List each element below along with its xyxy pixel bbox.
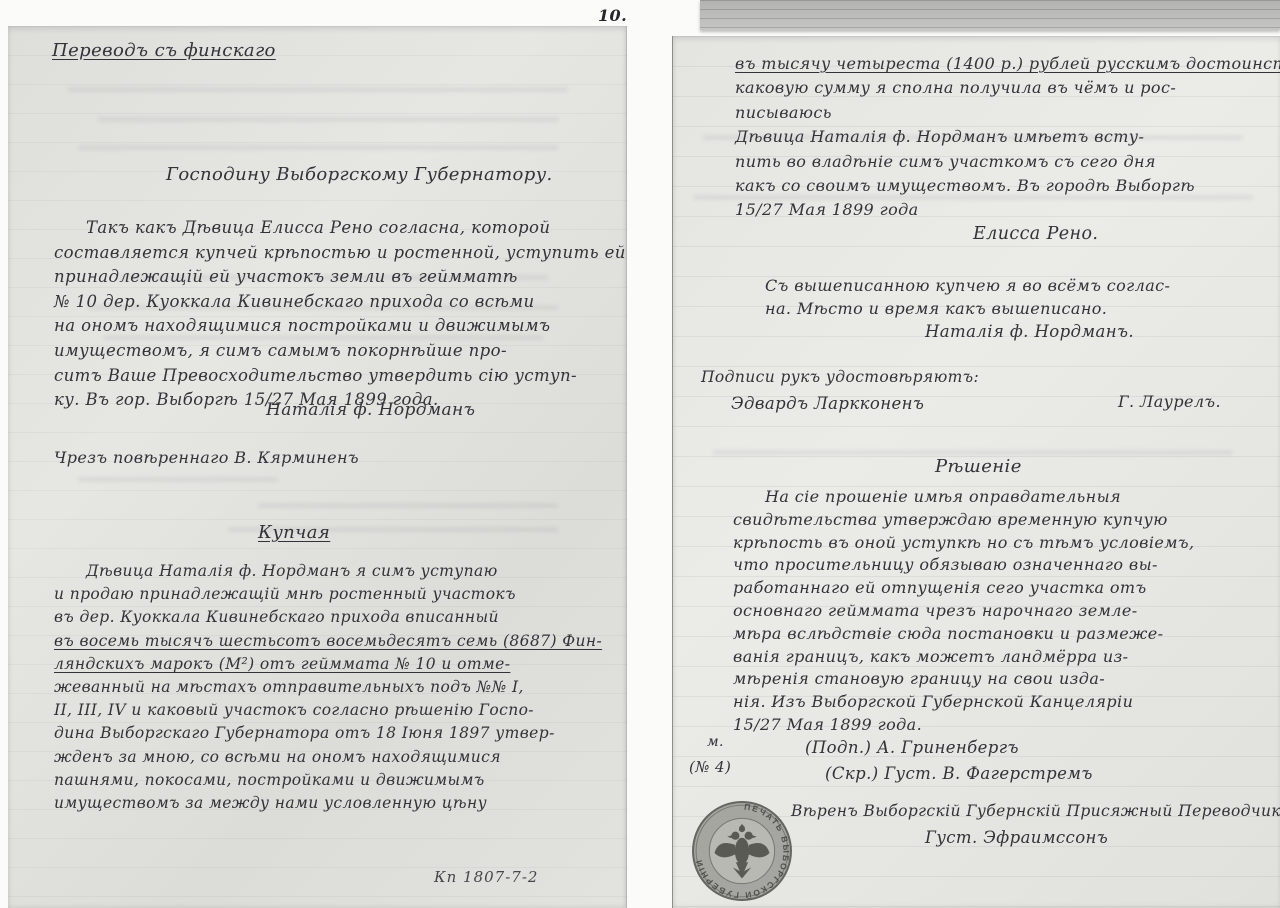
margin-note-m: м.	[707, 734, 724, 750]
bleedthrough-line	[68, 88, 568, 91]
manuscript-line: что просительницу обязываю означеннаго в…	[733, 554, 1238, 577]
manuscript-line: дина Выборгскаго Губернатора отъ 18 Іюня…	[54, 722, 602, 745]
manuscript-line: въ тысячу четыреста (1400 р.) рублей рус…	[735, 52, 1255, 76]
bleedthrough-line	[78, 146, 558, 149]
petition-paragraph: Такъ какъ Дѣвица Елисса Рено согласна, к…	[54, 216, 599, 413]
manuscript-line: пить во владѣніе симъ участкомъ съ сего …	[735, 150, 1255, 174]
manuscript-line: жеванный на мѣстахъ отправительныхъ подъ…	[54, 676, 602, 699]
signature-nordman-2: Наталія ф. Нордманъ.	[925, 322, 1134, 341]
manuscript-line: на. Мѣсто и время какъ вышеписано.	[765, 297, 1245, 320]
manuscript-line: ляндскихъ марокъ (М²) отъ гейммата № 10 …	[54, 653, 602, 676]
manuscript-line: имуществомъ за между нами условленную цѣ…	[54, 792, 602, 815]
official-signature-2: (Скр.) Густ. В. Фагерстремъ	[825, 764, 1093, 783]
deed-heading: Купчая	[258, 522, 330, 543]
decision-paragraph: На сіе прошеніе имѣя оправдательныясвидѣ…	[733, 486, 1238, 737]
witness-signature-left: Эдвардъ Ларкконенъ	[731, 394, 924, 413]
manuscript-line: жденъ за мною, со всѣми на ономъ находящ…	[54, 746, 602, 769]
manuscript-line: писываюсь	[735, 101, 1255, 125]
manuscript-line: пашнями, покосами, постройками и движимы…	[54, 769, 602, 792]
witness-signature-right: Г. Лаурелъ.	[1118, 392, 1221, 411]
manuscript-line: крѣпость въ оной уступкѣ но съ тѣмъ усло…	[733, 532, 1238, 555]
signature-reno: Елисса Рено.	[973, 224, 1098, 244]
bleedthrough-line	[98, 118, 558, 121]
bleedthrough-line	[78, 478, 278, 481]
manuscript-line: ситъ Ваше Превосходительство утвердить с…	[54, 364, 599, 389]
deed-paragraph: Дѣвица Наталія ф. Нордманъ я симъ уступа…	[54, 560, 602, 815]
manuscript-line: основнаго гейммата чрезъ нарочнаго земле…	[733, 600, 1238, 623]
witness-attestation-heading: Подписи рукъ удостовѣряютъ:	[701, 368, 979, 386]
manuscript-line: свидѣтельства утверждаю временную купчую	[733, 509, 1238, 532]
folio-number: 10.	[598, 6, 627, 25]
seal-graphic: ПЕЧАТЬ ВЫБОРГСКОЙ ГУБЕРНІИ	[691, 800, 793, 902]
manuscript-line: На сіе прошеніе имѣя оправдательныя	[733, 486, 1238, 509]
manuscript-line: Дѣвица Наталія ф. Нордманъ я симъ уступа…	[54, 560, 602, 583]
left-page-scan: Переводъ съ финскаго Господину Выборгско…	[8, 26, 627, 908]
margin-note-number: (№ 4)	[689, 758, 731, 776]
manuscript-line: Такъ какъ Дѣвица Елисса Рено согласна, к…	[54, 216, 599, 241]
manuscript-line: нія. Изъ Выборгской Губернской Канцелярі…	[733, 691, 1238, 714]
manuscript-line: Дѣвица Наталія ф. Нордманъ имѣетъ всту-	[735, 125, 1255, 149]
price-paragraph: въ тысячу четыреста (1400 р.) рублей рус…	[735, 52, 1255, 223]
manuscript-line: какъ со своимъ имуществомъ. Въ городѣ Вы…	[735, 174, 1255, 198]
manuscript-line: 15/27 Мая 1899 года	[735, 198, 1255, 222]
bleedthrough-line	[713, 451, 1233, 454]
manuscript-line: составляется купчей крѣпостью и ростенно…	[54, 241, 599, 266]
manuscript-line: работаннаго ей отпущенія сего участка от…	[733, 577, 1238, 600]
manuscript-line: въ дер. Куоккала Кивинебскаго прихода вп…	[54, 606, 602, 629]
right-page-scan: въ тысячу четыреста (1400 р.) рублей рус…	[672, 36, 1280, 908]
decision-heading: Рѣшеніе	[935, 456, 1022, 477]
manuscript-line: принадлежащій ей участокъ земли въ геймм…	[54, 265, 599, 290]
translation-header: Переводъ съ финскаго	[52, 40, 276, 61]
governorate-seal: ПЕЧАТЬ ВЫБОРГСКОЙ ГУБЕРНІИ	[691, 800, 793, 902]
manuscript-line: ванія границъ, какъ можетъ ландмёрра из-	[733, 646, 1238, 669]
certification-line-2: Густ. Эфраимссонъ	[925, 828, 1108, 847]
manuscript-line: № 10 дер. Куоккала Кивинебскаго прихода …	[54, 290, 599, 315]
official-signature-1: (Подп.) А. Гриненбергъ	[805, 738, 1019, 757]
certification-line-1: Вѣренъ Выборгскій Губернскій Присяжный П…	[791, 802, 1280, 820]
consent-paragraph: Съ вышеписанною купчею я во всёмъ соглас…	[765, 274, 1245, 320]
manuscript-line: имуществомъ, я симъ самымъ покорнѣйше пр…	[54, 339, 599, 364]
signature-nordman: Наталія ф. Нордманъ	[266, 400, 475, 420]
manuscript-line: Съ вышеписанною купчею я во всёмъ соглас…	[765, 274, 1245, 297]
bleedthrough-line	[258, 504, 558, 507]
underlying-page-edge	[700, 0, 1280, 30]
manuscript-line: мѣра вслѣдствіе сюда постановки и размеж…	[733, 623, 1238, 646]
manuscript-line: II, III, IV и каковый участокъ согласно …	[54, 699, 602, 722]
manuscript-line: и продаю принадлежащій мнѣ ростенный уча…	[54, 583, 602, 606]
salutation-line: Господину Выборгскому Губернатору.	[166, 164, 553, 185]
manuscript-line: 15/27 Мая 1899 года.	[733, 714, 1238, 737]
archive-mark: Кп 1807-7-2	[434, 868, 538, 886]
manuscript-line: на ономъ находящимися постройками и движ…	[54, 314, 599, 339]
manuscript-line: въ восемь тысячъ шестьсотъ восемьдесятъ …	[54, 630, 602, 653]
attorney-line: Чрезъ повѣреннаго В. Кярминенъ	[54, 448, 359, 467]
archival-scan-canvas: { "left_page": { "header": "Переводъ съ …	[0, 0, 1280, 908]
manuscript-line: мѣренія становую границу на свои изда-	[733, 668, 1238, 691]
manuscript-line: каковую сумму я сполна получила въ чёмъ …	[735, 76, 1255, 100]
